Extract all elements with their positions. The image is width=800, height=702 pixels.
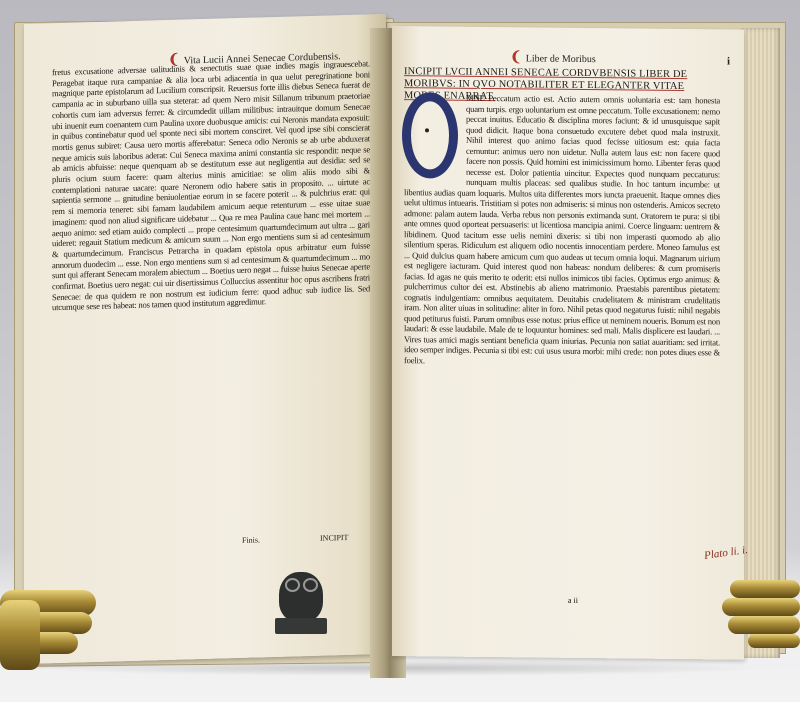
- right-running-head: ❨Liber de Moribus: [510, 49, 596, 67]
- right-page: ❨Liber de Moribus i INCIPIT LVCII ANNEI …: [392, 26, 744, 660]
- left-page-text: fretus excusatione adversae ualitudinis …: [52, 58, 370, 535]
- incipit-label: INCIPIT: [320, 533, 348, 543]
- running-head-text: Liber de Moribus: [526, 53, 596, 65]
- left-page: ❨Vita Lucii Annei Senecae Cordubensis. f…: [24, 14, 386, 664]
- finis-label: Finis.: [242, 535, 260, 545]
- right-page-text: MNE Peccatum actio est. Actio autem omni…: [404, 92, 720, 585]
- photo-scene: ❨Vita Lucii Annei Senecae Cordubensis. f…: [0, 0, 800, 702]
- folio-number: i: [727, 56, 730, 68]
- owl-figurine-icon: [273, 562, 329, 634]
- signature-mark: a ii: [568, 596, 578, 605]
- page-edges: [740, 28, 780, 658]
- rubric-mark-icon: ❨: [510, 50, 522, 65]
